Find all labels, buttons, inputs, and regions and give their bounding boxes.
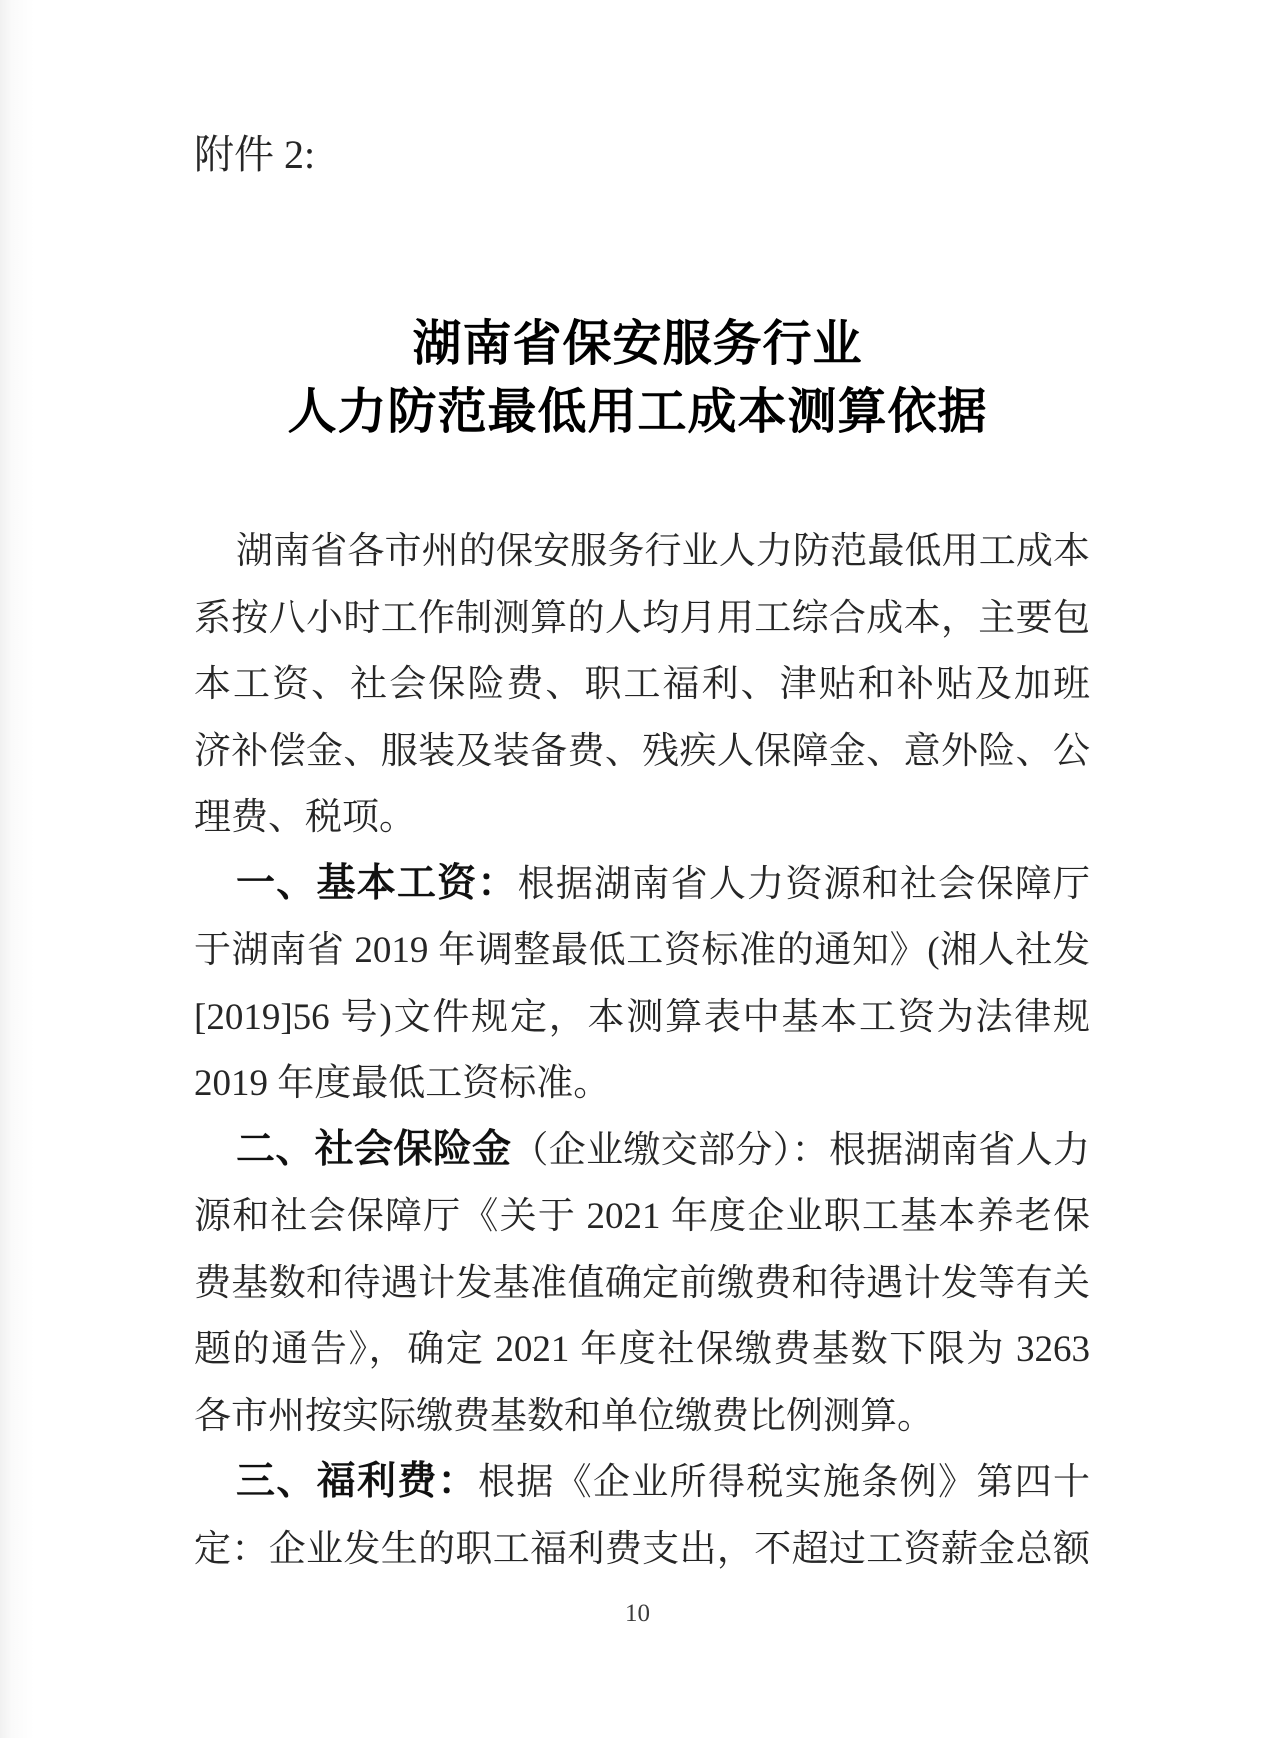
- document-line: 本工资、社会保险费、职工福利、津贴和补贴及加班费、经: [194, 651, 1090, 718]
- document-line: 题的通告》，确定 2021 年度社保缴费基数下限为 3263 元。: [194, 1316, 1090, 1383]
- title-line-1: 湖南省保安服务行业: [0, 310, 1275, 378]
- document-line: 湖南省各市州的保安服务行业人力防范最低用工成本: [194, 518, 1090, 585]
- page-number: 10: [0, 1600, 1275, 1628]
- document-line: 费基数和待遇计发基准值确定前缴费和待遇计发等有关问: [194, 1250, 1090, 1317]
- document-line: 系按八小时工作制测算的人均月用工综合成本，主要包括基: [194, 585, 1090, 652]
- text-run: [2019]56 号)文件规定，本测算表中基本工资为法律规定的: [194, 997, 1090, 1051]
- text-run: 本工资、社会保险费、职工福利、津贴和补贴及加班费、经: [194, 664, 1090, 718]
- bold-run: 三、福利费：: [236, 1460, 478, 1503]
- text-run: 各市州按实际缴费基数和单位缴费比例测算。: [194, 1396, 934, 1437]
- text-run: 费基数和待遇计发基准值确定前缴费和待遇计发等有关问: [194, 1263, 1090, 1317]
- text-run: 系按八小时工作制测算的人均月用工综合成本，主要包括基: [194, 598, 1090, 652]
- document-line: 一、基本工资：根据湖南省人力资源和社会保障厅《关: [194, 851, 1090, 918]
- document-line: 2019 年度最低工资标准。: [194, 1050, 1090, 1117]
- document-body: 湖南省各市州的保安服务行业人力防范最低用工成本 系按八小时工作制测算的人均月用工…: [194, 518, 1090, 1582]
- text-run: 源和社会保障厅《关于 2021 年度企业职工基本养老保险缴: [194, 1196, 1090, 1250]
- document-line: 三、福利费：根据《企业所得税实施条例》第四十条规: [194, 1449, 1090, 1516]
- document-title: 湖南省保安服务行业 人力防范最低用工成本测算依据: [0, 310, 1275, 446]
- text-run: 定：企业发生的职工福利费支出，不超过工资薪金总额 14%: [194, 1529, 1090, 1583]
- document-line: 源和社会保障厅《关于 2021 年度企业职工基本养老保险缴: [194, 1183, 1090, 1250]
- bold-run: 二、社会保险金: [236, 1128, 511, 1171]
- text-run: 理费、税项。: [194, 797, 416, 838]
- text-run: 济补偿金、服装及装备费、残疾人保障金、意外险、公司管: [194, 731, 1090, 785]
- text-run: 2019 年度最低工资标准。: [194, 1063, 610, 1104]
- document-line: 于湖南省 2019 年调整最低工资标准的通知》(湘人社发: [194, 917, 1090, 984]
- bold-run: 一、基本工资：: [236, 862, 518, 905]
- title-line-2: 人力防范最低用工成本测算依据: [0, 378, 1275, 446]
- document-line: 定：企业发生的职工福利费支出，不超过工资薪金总额 14%: [194, 1516, 1090, 1583]
- text-run: 题的通告》，确定 2021 年度社保缴费基数下限为 3263 元。: [194, 1329, 1090, 1383]
- document-line: 各市州按实际缴费基数和单位缴费比例测算。: [194, 1383, 1090, 1450]
- document-line: 理费、税项。: [194, 784, 1090, 851]
- document-line: [2019]56 号)文件规定，本测算表中基本工资为法律规定的: [194, 984, 1090, 1051]
- document-line: 二、社会保险金（企业缴交部分）：根据湖南省人力资: [194, 1117, 1090, 1184]
- text-run: 于湖南省 2019 年调整最低工资标准的通知》(湘人社发: [194, 930, 1090, 971]
- text-run: 湖南省各市州的保安服务行业人力防范最低用工成本: [236, 531, 1090, 572]
- attachment-label: 附件 2:: [194, 132, 315, 178]
- document-page: 附件 2: 湖南省保安服务行业 人力防范最低用工成本测算依据 湖南省各市州的保安…: [0, 0, 1275, 1738]
- document-line: 济补偿金、服装及装备费、残疾人保障金、意外险、公司管: [194, 718, 1090, 785]
